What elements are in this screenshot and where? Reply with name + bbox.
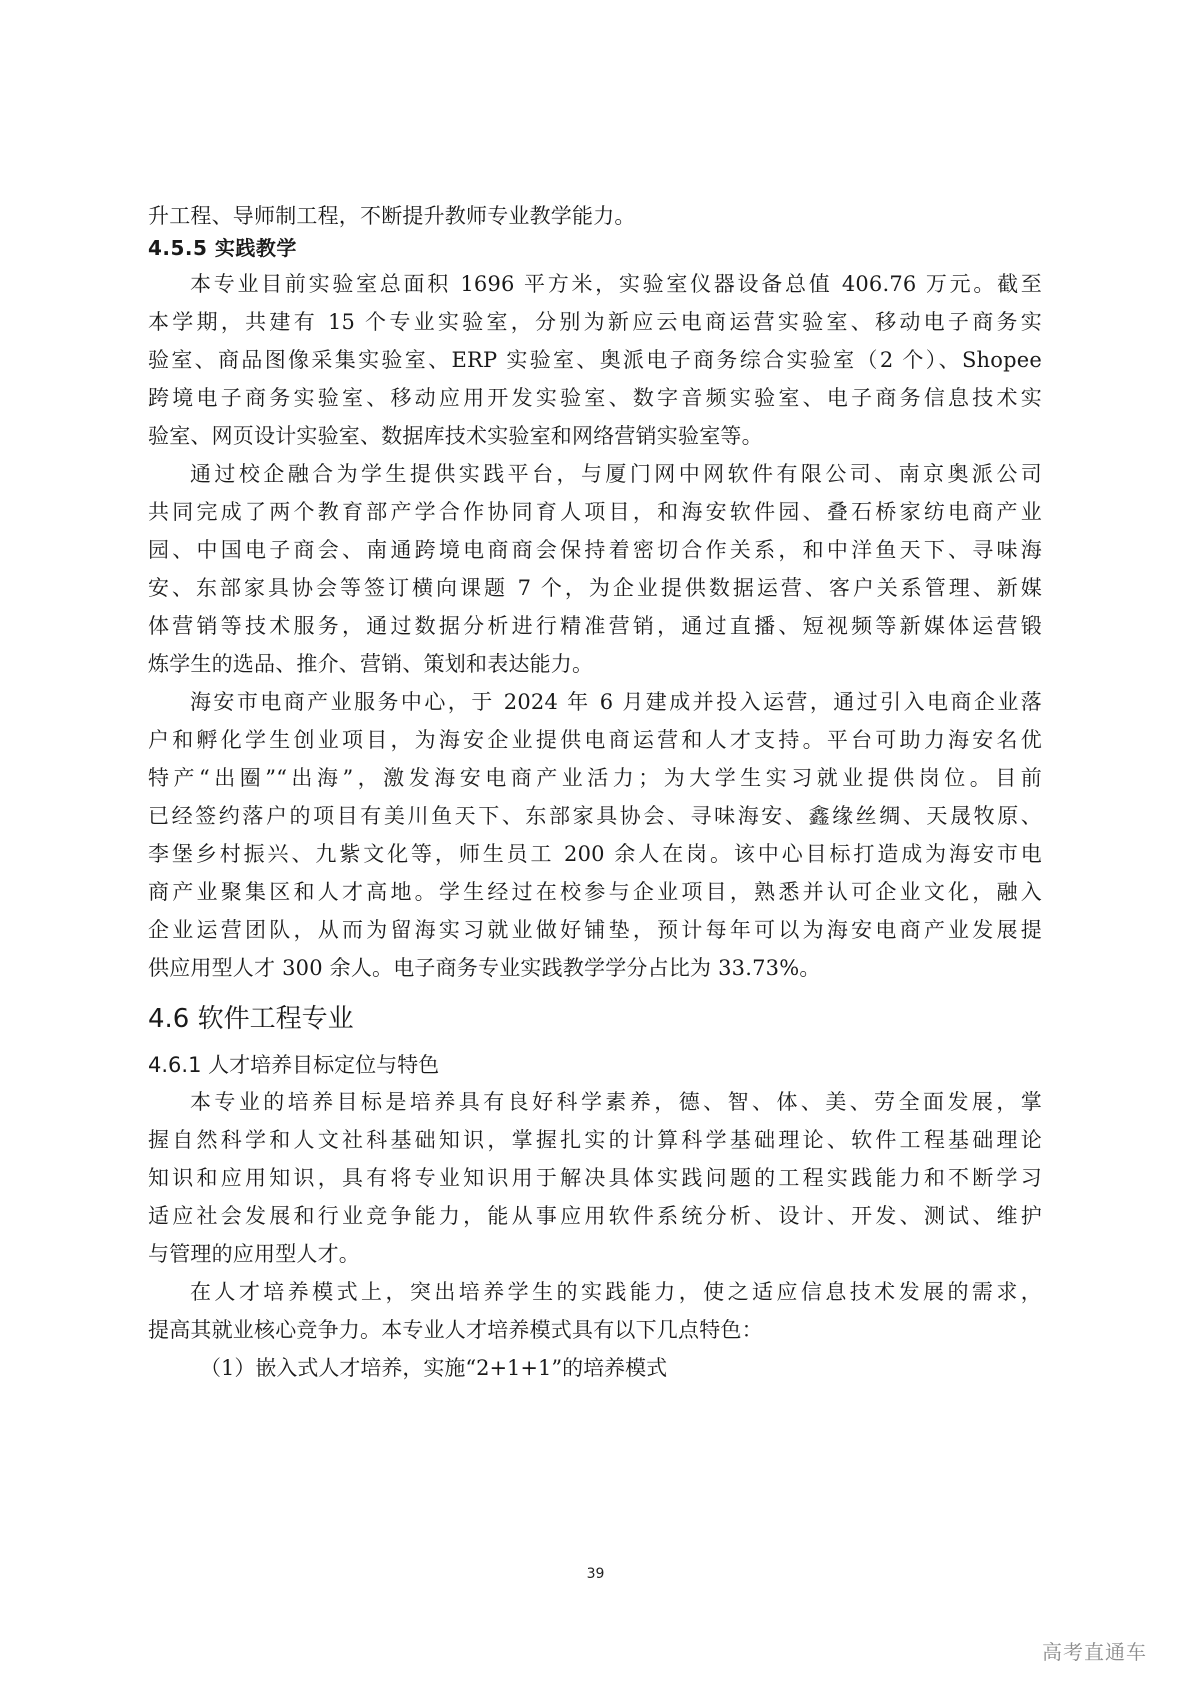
text-line: 本学期，共建有 15 个专业实验室，分别为新应云电商运营实验室、移动电子商务实 (148, 303, 1042, 341)
text-line: 炼学生的选品、推介、营销、策划和表达能力。 (148, 645, 1042, 683)
list-item: （1）嵌入式人才培养，实施“2+1+1”的培养模式 (148, 1349, 1042, 1387)
text-line: 供应用型人才 300 余人。电子商务专业实践教学学分占比为 33.73%。 (148, 949, 1042, 987)
text-line: 体营销等技术服务，通过数据分析进行精准营销，通过直播、短视频等新媒体运营锻 (148, 607, 1042, 645)
section-heading-4-6-1: 4.6.1 人才培养目标定位与特色 (148, 1047, 1042, 1083)
paragraph-school-enterprise: 通过校企融合为学生提供实践平台，与厦门网中网软件有限公司、南京奥派公司 共同完成… (148, 455, 1042, 683)
section-heading-4-6: 4.6 软件工程专业 (148, 999, 1042, 1039)
text-line: 户和孵化学生创业项目，为海安企业提供电商运营和人才支持。平台可助力海安名优 (148, 721, 1042, 759)
text-line: 园、中国电子商会、南通跨境电商商会保持着密切合作关系，和中洋鱼天下、寻味海 (148, 531, 1042, 569)
section-heading-4-5-5: 4.5.5 实践教学 (148, 231, 1042, 265)
text-line: 知识和应用知识，具有将专业知识用于解决具体实践问题的工程实践能力和不断学习 (148, 1159, 1042, 1197)
paragraph-training-goal: 本专业的培养目标是培养具有良好科学素养，德、智、体、美、劳全面发展，掌 握自然科… (148, 1083, 1042, 1273)
text-line: 本专业的培养目标是培养具有良好科学素养，德、智、体、美、劳全面发展，掌 (148, 1083, 1042, 1121)
text-line: 跨境电子商务实验室、移动应用开发实验室、数字音频实验室、电子商务信息技术实 (148, 379, 1042, 417)
text-line: 通过校企融合为学生提供实践平台，与厦门网中网软件有限公司、南京奥派公司 (148, 455, 1042, 493)
text-line: 与管理的应用型人才。 (148, 1235, 1042, 1273)
text-line: 握自然科学和人文社科基础知识，掌握扎实的计算科学基础理论、软件工程基础理论 (148, 1121, 1042, 1159)
text-line: 在人才培养模式上，突出培养学生的实践能力，使之适应信息技术发展的需求， (148, 1273, 1042, 1311)
text-line: 已经签约落户的项目有美川鱼天下、东部家具协会、寻味海安、鑫缘丝绸、天晟牧原、 (148, 797, 1042, 835)
text-line: 特产“出圈”“出海”，激发海安电商产业活力；为大学生实习就业提供岗位。目前 (148, 759, 1042, 797)
text-line: 本专业目前实验室总面积 1696 平方米，实验室仪器设备总值 406.76 万元… (148, 265, 1042, 303)
watermark-logo: 高考直通车 (1042, 1636, 1147, 1665)
text-line: 验室、商品图像采集实验室、ERP 实验室、奥派电子商务综合实验室（2 个）、Sh… (148, 341, 1042, 379)
text-line: 李堡乡村振兴、九紫文化等，师生员工 200 余人在岗。该中心目标打造成为海安市电 (148, 835, 1042, 873)
page-number: 39 (0, 1566, 1191, 1582)
text-line: 提高其就业核心竞争力。本专业人才培养模式具有以下几点特色： (148, 1311, 1042, 1349)
text-line: 共同完成了两个教育部产学合作协同育人项目，和海安软件园、叠石桥家纺电商产业 (148, 493, 1042, 531)
text-line: 商产业聚集区和人才高地。学生经过在校参与企业项目，熟悉并认可企业文化，融入 (148, 873, 1042, 911)
text-line: 海安市电商产业服务中心，于 2024 年 6 月建成并投入运营，通过引入电商企业… (148, 683, 1042, 721)
document-page: 升工程、导师制工程，不断提升教师专业教学能力。 4.5.5 实践教学 本专业目前… (148, 197, 1042, 1387)
paragraph-labs: 本专业目前实验室总面积 1696 平方米，实验室仪器设备总值 406.76 万元… (148, 265, 1042, 455)
text-line: 安、东部家具协会等签订横向课题 7 个，为企业提供数据运营、客户关系管理、新媒 (148, 569, 1042, 607)
continuation-line: 升工程、导师制工程，不断提升教师专业教学能力。 (148, 197, 1042, 235)
text-line: 适应社会发展和行业竞争能力，能从事应用软件系统分析、设计、开发、测试、维护 (148, 1197, 1042, 1235)
paragraph-training-mode: 在人才培养模式上，突出培养学生的实践能力，使之适应信息技术发展的需求， 提高其就… (148, 1273, 1042, 1349)
text-line: 验室、网页设计实验室、数据库技术实验室和网络营销实验室等。 (148, 417, 1042, 455)
text-line: 企业运营团队，从而为留海实习就业做好铺垫，预计每年可以为海安电商产业发展提 (148, 911, 1042, 949)
paragraph-ecommerce-center: 海安市电商产业服务中心，于 2024 年 6 月建成并投入运营，通过引入电商企业… (148, 683, 1042, 987)
